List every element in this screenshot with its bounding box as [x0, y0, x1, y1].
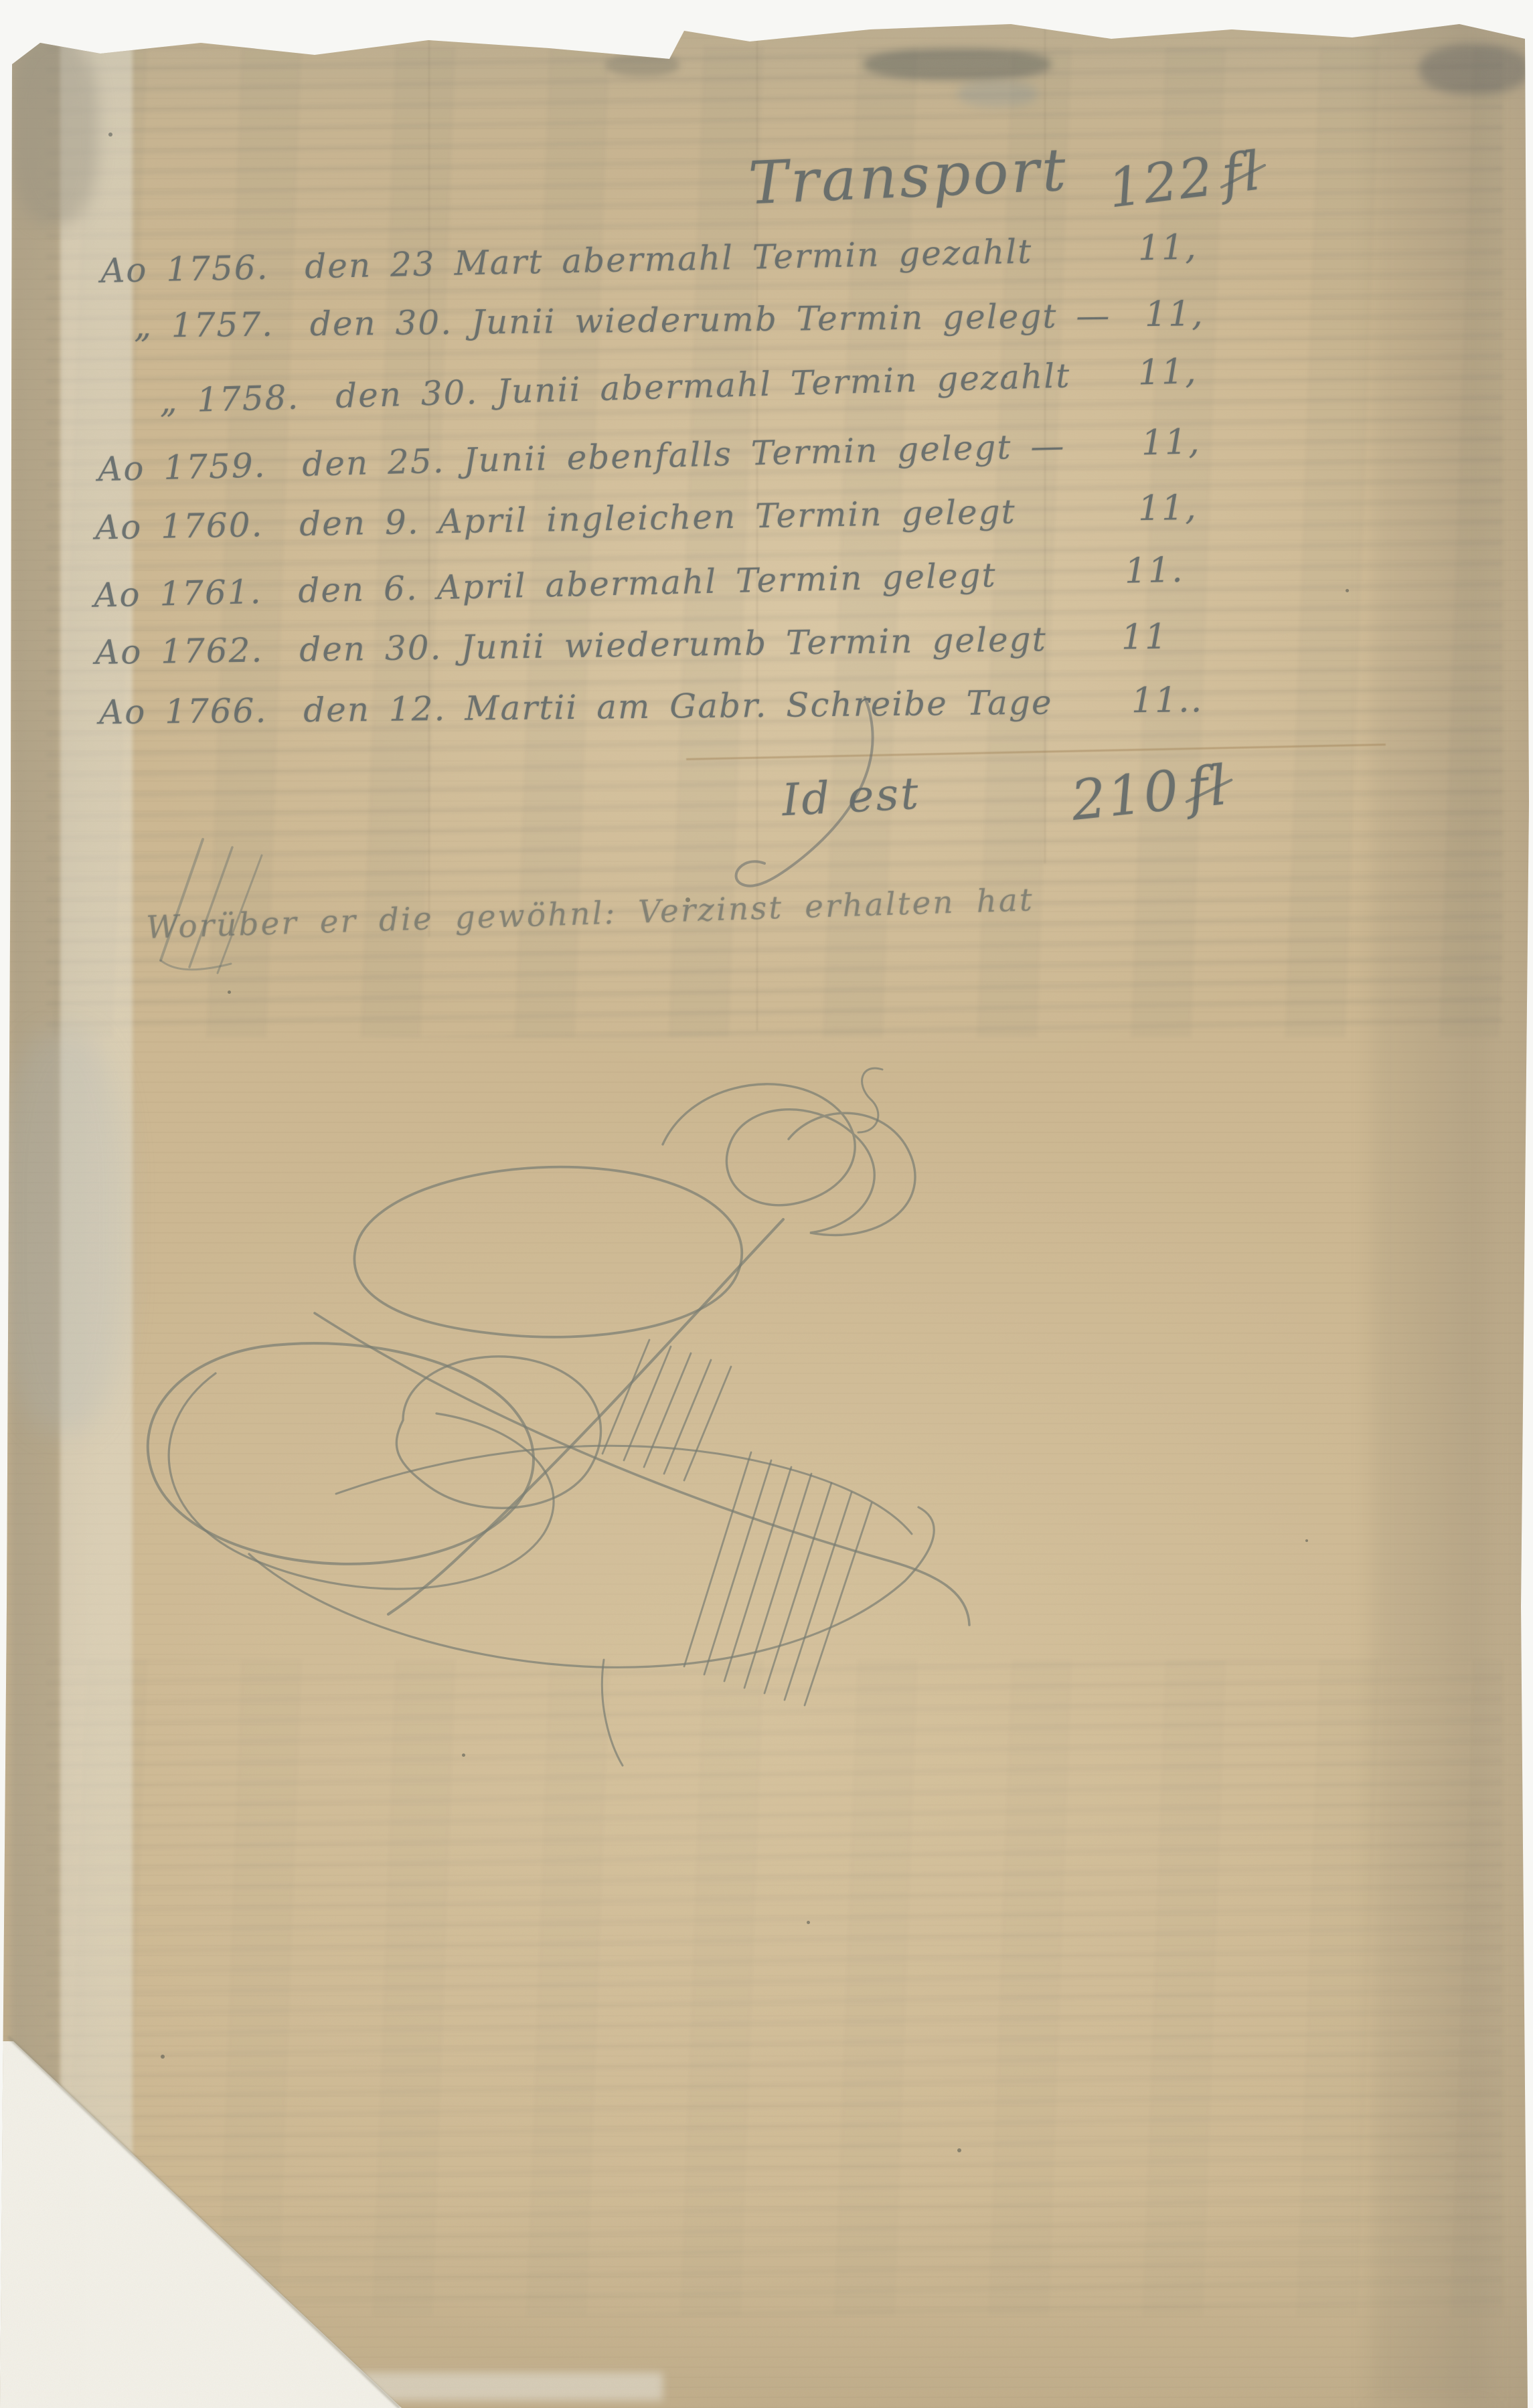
torn-corner-backing — [0, 2035, 415, 2408]
paper-sheet: Transport 122fl Ao 1756. den 23 Mart abe… — [0, 0, 1533, 2408]
entry-amount: 11, — [1137, 488, 1198, 529]
bleedthrough-texture-lower — [47, 1660, 1503, 2316]
entry-amount: 11.. — [1131, 680, 1204, 721]
bottom-streak — [241, 2373, 663, 2401]
ledger-entry: Ao 1760. den 9. April ingleichen Termin … — [0, 483, 1533, 549]
florin-currency-sign: fl — [1184, 754, 1231, 821]
carryover-amount-value: 122 — [1105, 145, 1218, 220]
top-left-grime — [11, 37, 98, 224]
carryover-amount: 122fl — [1105, 139, 1265, 220]
entry-year: Ao 1760. — [95, 505, 264, 547]
pen-doodle — [114, 1024, 957, 1626]
entry-amount: 11, — [1141, 422, 1201, 463]
entry-year: „ 1757. — [134, 305, 274, 345]
total-amount: 210fl — [1068, 754, 1232, 833]
blue-gray-stain — [0, 1031, 127, 1432]
entry-text: den 30. Junii wiederumb Termin gelegt — — [310, 296, 1111, 344]
entry-year: „ 1758. — [159, 378, 300, 421]
entry-amount: 11 — [1121, 617, 1169, 658]
entry-year: Ao 1756. — [100, 248, 269, 290]
note-ascender-flourish — [131, 830, 345, 984]
entry-text: den 30. Junii wiederumb Termin gelegt — [299, 620, 1047, 669]
ledger-entry: Ao 1762. den 30. Junii wiederumb Termin … — [0, 613, 1533, 673]
scanned-manuscript-page: Transport 122fl Ao 1756. den 23 Mart abe… — [0, 0, 1533, 2408]
entry-year: Ao 1761. — [94, 572, 263, 615]
entry-amount: 11, — [1145, 294, 1204, 335]
entry-amount: 11, — [1137, 228, 1198, 269]
torn-corner-edge — [7, 2036, 400, 2408]
entry-year: Ao 1759. — [98, 446, 267, 489]
entry-amount: 11, — [1137, 351, 1198, 393]
total-amount-value: 210 — [1068, 759, 1184, 833]
ledger-entry: Ao 1756. den 23 Mart abermahl Termin gez… — [0, 222, 1533, 292]
ledger-entry: Ao 1761. den 6. April abermahl Termin ge… — [0, 543, 1533, 617]
ink-smudge — [606, 54, 679, 76]
entry-amount: 11. — [1124, 550, 1184, 592]
carryover-label: Transport — [747, 135, 1070, 218]
entry-text: den 6. April abermahl Termin gelegt — [298, 555, 997, 610]
ledger-entry: Ao 1759. den 25. Junii ebenfalls Termin … — [0, 415, 1533, 491]
ink-smudge — [1419, 44, 1530, 94]
sum-flourish — [690, 683, 904, 917]
entry-text: den 30. Junii abermahl Termin gezahlt — [335, 356, 1071, 416]
left-edge-shading — [11, 0, 60, 2408]
paper-crease — [428, 33, 430, 937]
florin-currency-sign: fl — [1218, 139, 1265, 206]
entry-text: den 12. Martii am Gabr. Schreibe Tage — [303, 683, 1053, 730]
entry-text: den 9. April ingleichen Termin gelegt — [299, 492, 1016, 543]
entry-text: den 25. Junii ebenfalls Termin gelegt — — [302, 426, 1066, 484]
ledger-entry: „ 1758. den 30. Junii abermahl Termin ge… — [0, 343, 1533, 425]
entry-year: Ao 1762. — [95, 630, 264, 672]
ledger-entry: „ 1757. den 30. Junii wiederumb Termin g… — [0, 292, 1533, 347]
entry-text: den 23 Mart abermahl Termin gezahlt — [305, 232, 1033, 286]
entry-year: Ao 1766. — [99, 691, 268, 732]
ink-smudge — [957, 80, 1038, 107]
ink-smudge — [864, 48, 1051, 80]
